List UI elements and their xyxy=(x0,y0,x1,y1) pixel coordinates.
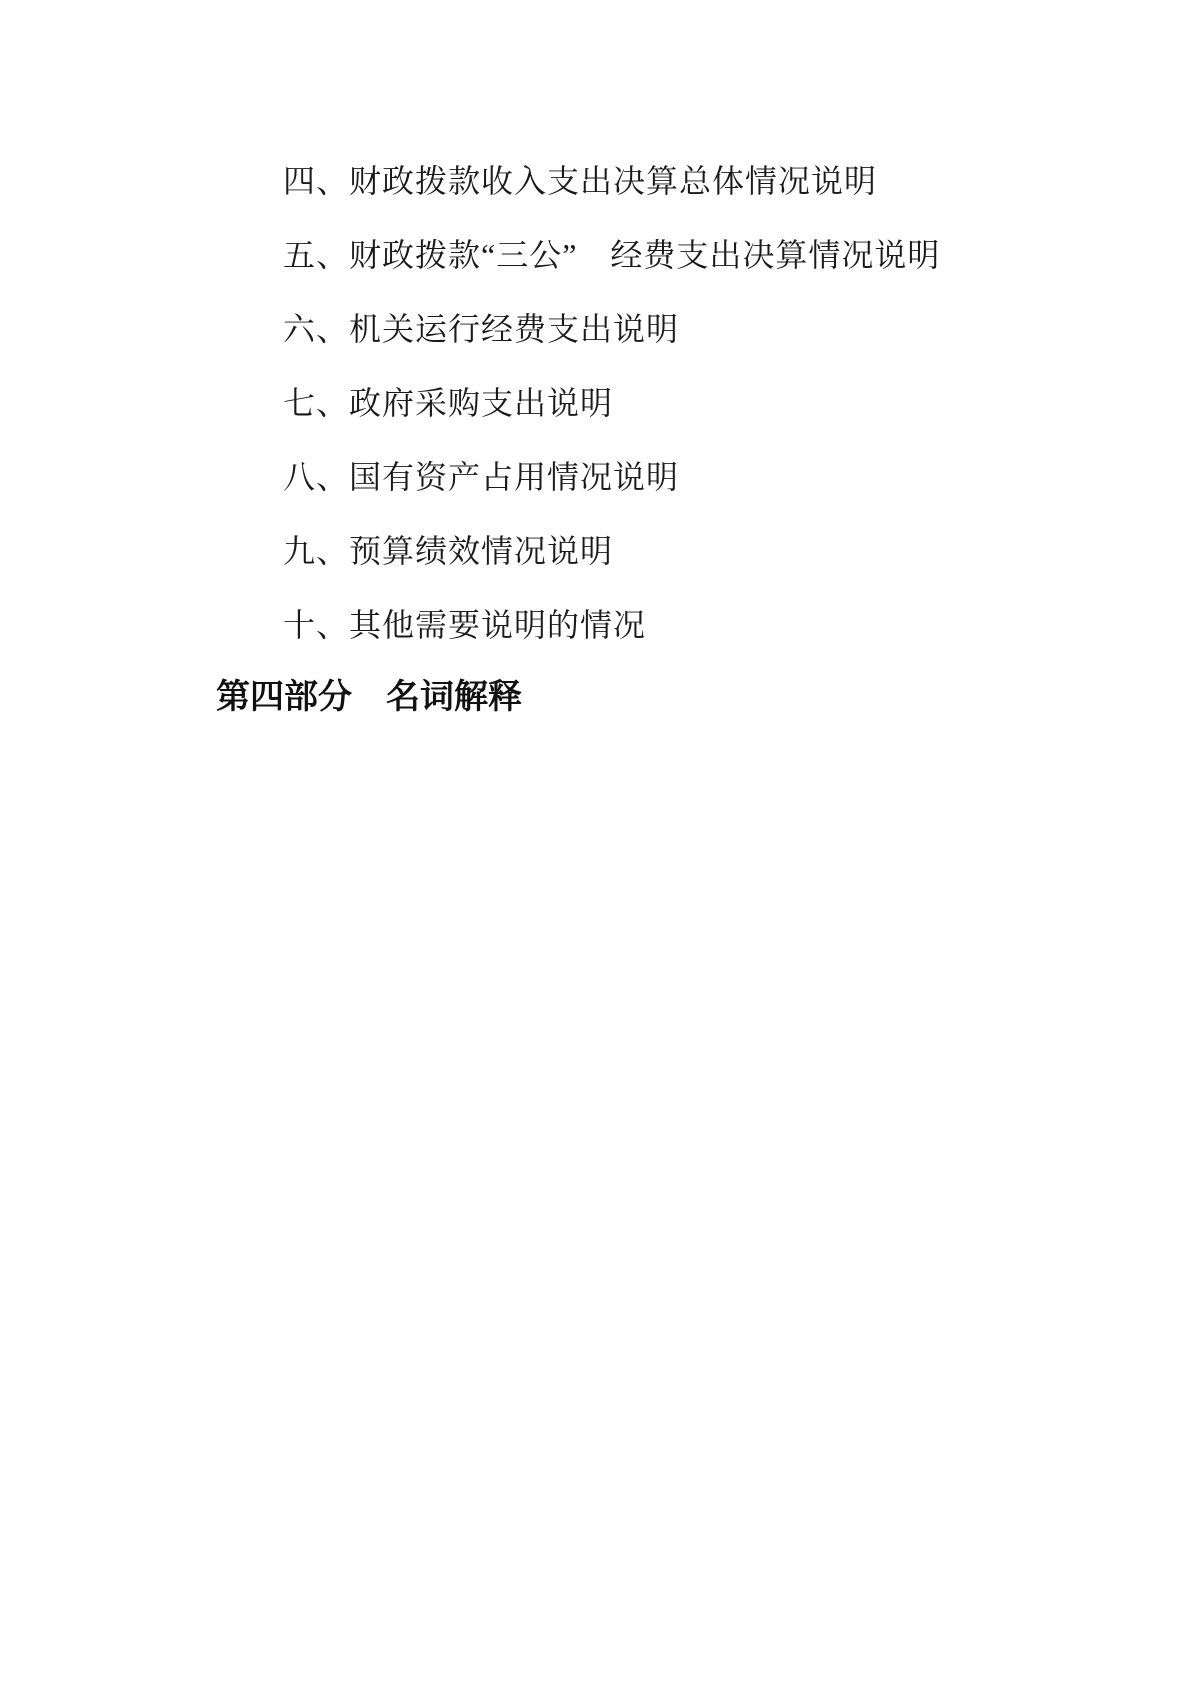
document-page: 四、财政拨款收入支出决算总体情况说明 五、财政拨款“三公” 经费支出决算情况说明… xyxy=(0,0,1191,1684)
toc-item: 八、国有资产占用情况说明 xyxy=(283,440,940,514)
toc-item: 五、财政拨款“三公” 经费支出决算情况说明 xyxy=(283,218,940,292)
toc-item: 七、政府采购支出说明 xyxy=(283,366,940,440)
table-of-contents: 四、财政拨款收入支出决算总体情况说明 五、财政拨款“三公” 经费支出决算情况说明… xyxy=(283,144,940,662)
section-heading: 第四部分 名词解释 xyxy=(216,662,522,732)
toc-item: 九、预算绩效情况说明 xyxy=(283,514,940,588)
toc-item: 十、其他需要说明的情况 xyxy=(283,588,940,662)
toc-item: 四、财政拨款收入支出决算总体情况说明 xyxy=(283,144,940,218)
toc-item: 六、机关运行经费支出说明 xyxy=(283,292,940,366)
